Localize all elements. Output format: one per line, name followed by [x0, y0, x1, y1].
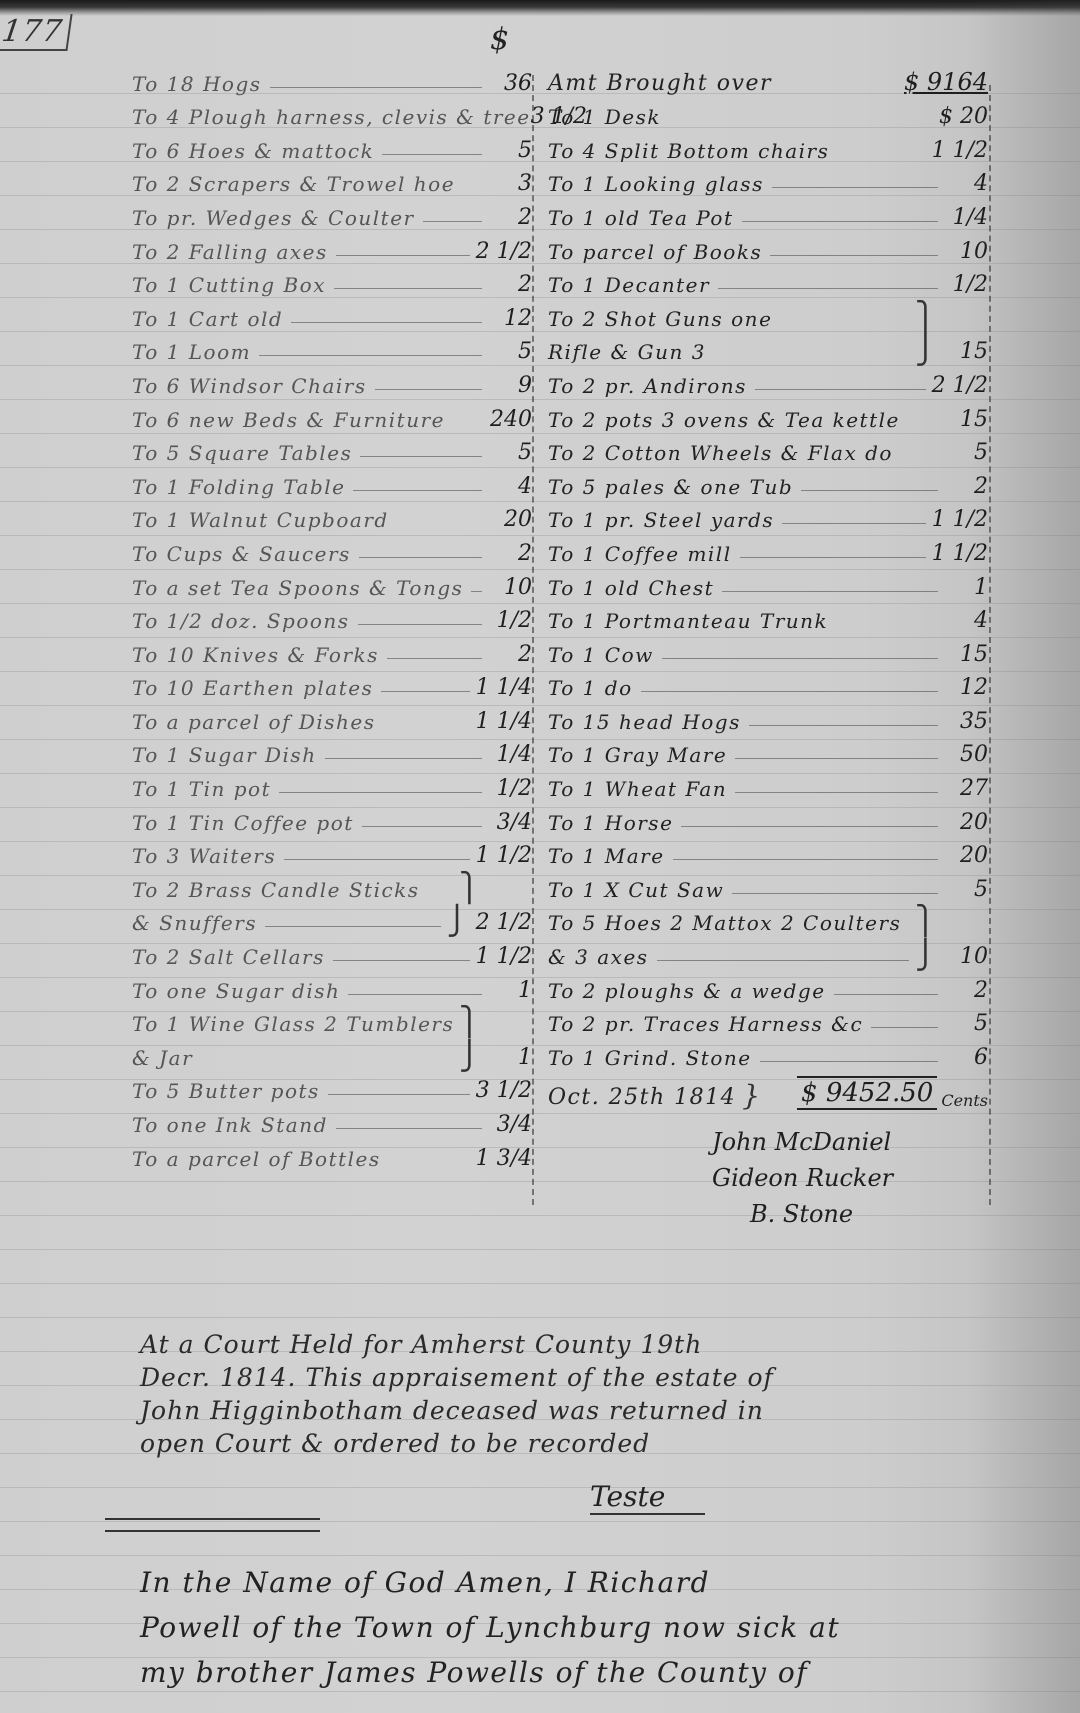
total-row: Oct. 25th 1814}$ 9452.50Cents — [548, 1070, 988, 1110]
item-label: To 2 pr. Traces Harness &c — [548, 1012, 863, 1036]
item-amount: 2 — [944, 474, 988, 499]
item-label: & 3 axes — [548, 945, 649, 969]
list-item: To 1 Loom5 — [132, 331, 532, 365]
item-label: To 1 Mare — [548, 844, 665, 868]
item-label: To 1 Gray Mare — [548, 743, 727, 767]
item-amount: 1/4 — [488, 742, 532, 767]
court-record-line: open Court & ordered to be recorded — [140, 1427, 1040, 1460]
item-amount: 1 1/2 — [932, 507, 988, 532]
brace-icon: } — [742, 1082, 760, 1110]
item-amount: 5 — [488, 138, 532, 163]
item-amount: 3/4 — [488, 810, 532, 835]
item-label: To 1 Wine Glass 2 Tumblers — [132, 1012, 454, 1036]
item-amount: 27 — [944, 776, 988, 801]
item-amount: 1 1/2 — [476, 843, 532, 868]
signature: B. Stone — [750, 1200, 893, 1236]
item-amount: 240 — [488, 407, 532, 432]
item-label: To 2 Cotton Wheels & Flax do — [548, 441, 893, 465]
item-amount: 2 — [488, 541, 532, 566]
list-item: To 2 Brass Candle Sticks⎫ — [132, 868, 532, 902]
amount-column-rule — [989, 85, 991, 1205]
list-item: To one Sugar dish1 — [132, 969, 532, 1003]
court-record-line: Decr. 1814. This appraisement of the est… — [140, 1361, 1040, 1394]
list-item: To 1 Looking glass4 — [548, 163, 988, 197]
item-amount: 9 — [488, 373, 532, 398]
list-item: To parcel of Books10 — [548, 230, 988, 264]
item-label: To 4 Plough harness, clevis & tree — [132, 105, 531, 129]
brace-icon: ⎭ — [915, 336, 936, 364]
list-item: To 10 Knives & Forks2 — [132, 633, 532, 667]
item-amount: 1 1/4 — [476, 709, 532, 734]
item-label: To one Ink Stand — [132, 1113, 328, 1137]
item-label: To 1 old Chest — [548, 576, 714, 600]
item-amount: 15 — [944, 642, 988, 667]
list-item: To 6 new Beds & Furniture240 — [132, 398, 532, 432]
list-item: To 1 Folding Table4 — [132, 465, 532, 499]
item-label: To 4 Split Bottom chairs — [548, 139, 829, 163]
page-binding-shadow — [0, 0, 1080, 16]
item-label: To 18 Hogs — [132, 72, 262, 96]
item-amount: 1 1/2 — [476, 944, 532, 969]
item-label: To 1 old Tea Pot — [548, 206, 734, 230]
grand-total: $ 9452.50 — [797, 1076, 937, 1110]
item-label: To 15 head Hogs — [548, 710, 741, 734]
item-amount: 1 — [944, 575, 988, 600]
item-amount: 4 — [944, 171, 988, 196]
item-amount: 1 — [488, 1045, 532, 1070]
item-amount: 5 — [488, 440, 532, 465]
item-amount: 5 — [488, 339, 532, 364]
list-item: To pr. Wedges & Coulter2 — [132, 196, 532, 230]
item-label: To 1 Cutting Box — [132, 273, 326, 297]
item-amount: 1/2 — [944, 272, 988, 297]
list-item: To 1 Gray Mare50 — [548, 734, 988, 768]
inventory-left-column: To 18 Hogs36 To 4 Plough harness, clevis… — [132, 62, 532, 1171]
court-record-line: At a Court Held for Amherst County 19th — [140, 1328, 1040, 1361]
list-item: To 2 Shot Guns one⎫ — [548, 297, 988, 331]
list-item: To 1 X Cut Saw5 — [548, 868, 988, 902]
list-item: To one Ink Stand3/4 — [132, 1103, 532, 1137]
item-amount: 1/2 — [488, 608, 532, 633]
item-label: To 1 Wheat Fan — [548, 777, 727, 801]
list-item: To 1 Cutting Box2 — [132, 264, 532, 298]
item-label: To 1 Tin pot — [132, 777, 271, 801]
list-item: To 3 Waiters1 1/2 — [132, 835, 532, 869]
list-item: To 1 Desk$ 20 — [548, 96, 988, 130]
list-item: To 5 pales & one Tub2 — [548, 465, 988, 499]
item-amount: 2 — [488, 642, 532, 667]
appraiser-signatures: John McDaniel Gideon Rucker B. Stone — [700, 1128, 893, 1236]
item-label: To 6 Hoes & mattock — [132, 139, 374, 163]
item-amount: 4 — [944, 608, 988, 633]
item-label: To 5 Hoes 2 Mattox 2 Coulters — [548, 911, 901, 935]
list-item: To 2 pots 3 ovens & Tea kettle15 — [548, 398, 988, 432]
item-amount: 35 — [944, 709, 988, 734]
list-item: To 2 Cotton Wheels & Flax do5 — [548, 432, 988, 466]
court-record-paragraph: At a Court Held for Amherst County 19th … — [140, 1328, 1040, 1460]
item-amount: 2 1/2 — [932, 373, 988, 398]
item-amount: $ 20 — [939, 104, 988, 129]
will-paragraph: In the Name of God Amen, I Richard Powel… — [140, 1560, 1020, 1695]
brace-icon: ⎭ — [915, 941, 936, 969]
item-label: To parcel of Books — [548, 240, 762, 264]
list-item: To a set Tea Spoons & Tongs10 — [132, 566, 532, 600]
list-item: To 1 Grind. Stone6 — [548, 1036, 988, 1070]
item-label: To 3 Waiters — [132, 844, 276, 868]
will-line: Powell of the Town of Lynchburg now sick… — [140, 1605, 1020, 1650]
item-amount: 1 1/2 — [932, 541, 988, 566]
item-amount: 20 — [944, 810, 988, 835]
item-label: To 1 X Cut Saw — [548, 878, 724, 902]
list-item: To 1 Tin Coffee pot3/4 — [132, 801, 532, 835]
list-item: To a parcel of Bottles1 3/4 — [132, 1137, 532, 1171]
item-label: To 2 Shot Guns one — [548, 307, 772, 331]
item-label: Rifle & Gun 3 — [548, 340, 706, 364]
item-label: To 1 Walnut Cupboard — [132, 508, 389, 532]
item-amount: 10 — [944, 239, 988, 264]
inventory-right-column: Amt Brought over$ 9164 To 1 Desk$ 20 To … — [548, 62, 988, 1110]
section-separator — [105, 1518, 320, 1532]
item-label: To 1 Folding Table — [132, 475, 345, 499]
item-amount: 2 1/2 — [476, 910, 532, 935]
list-item: To 1 do12 — [548, 667, 988, 701]
list-item: To 1 Wheat Fan27 — [548, 767, 988, 801]
item-label: & Snuffers — [132, 911, 257, 935]
signature: John McDaniel — [712, 1128, 893, 1164]
item-label: To 5 pales & one Tub — [548, 475, 793, 499]
item-label: To 10 Earthen plates — [132, 676, 373, 700]
list-item: To 1 Walnut Cupboard20 — [132, 499, 532, 533]
item-label: To 1 do — [548, 676, 633, 700]
item-amount: 2 — [488, 205, 532, 230]
item-label: To 6 new Beds & Furniture — [132, 408, 445, 432]
list-item: To Cups & Saucers2 — [132, 532, 532, 566]
brought-over-row: Amt Brought over$ 9164 — [548, 62, 988, 96]
item-label: To 1 pr. Steel yards — [548, 508, 774, 532]
item-label: To pr. Wedges & Coulter — [132, 206, 415, 230]
list-item: To 6 Windsor Chairs9 — [132, 364, 532, 398]
item-label: To 2 Brass Candle Sticks — [132, 878, 420, 902]
item-amount: 4 — [488, 474, 532, 499]
item-label: To 1 Decanter — [548, 273, 710, 297]
item-label: To 6 Windsor Chairs — [132, 374, 367, 398]
item-label: To 1/2 doz. Spoons — [132, 609, 350, 633]
item-amount: 1 1/4 — [476, 675, 532, 700]
list-item: To 4 Split Bottom chairs1 1/2 — [548, 129, 988, 163]
list-item: To 15 head Hogs35 — [548, 700, 988, 734]
item-label: To a set Tea Spoons & Tongs — [132, 576, 463, 600]
list-item: To a parcel of Dishes1 1/4 — [132, 700, 532, 734]
item-label: To 2 ploughs & a wedge — [548, 979, 826, 1003]
item-label: To 1 Cow — [548, 643, 654, 667]
will-line: my brother James Powells of the County o… — [140, 1650, 1020, 1695]
will-line: In the Name of God Amen, I Richard — [140, 1560, 1020, 1605]
item-label: To 1 Sugar Dish — [132, 743, 317, 767]
list-item: To 1 Decanter1/2 — [548, 264, 988, 298]
list-item: To 10 Earthen plates1 1/4 — [132, 667, 532, 701]
item-label: To 2 Falling axes — [132, 240, 328, 264]
item-amount: 15 — [944, 407, 988, 432]
folio-number: 177 — [0, 14, 73, 51]
ledger-page: 177 $ To 18 Hogs36 To 4 Plough harness, … — [0, 0, 1080, 1713]
item-label: To 5 Butter pots — [132, 1079, 320, 1103]
item-amount: 12 — [944, 675, 988, 700]
item-amount: 6 — [944, 1045, 988, 1070]
item-amount: 36 — [488, 71, 532, 96]
item-label: & Jar — [132, 1046, 193, 1070]
item-amount: 50 — [944, 742, 988, 767]
item-label: To 2 Scrapers & Trowel hoe — [132, 172, 455, 196]
item-amount: 3/4 — [488, 1112, 532, 1137]
list-item: To 2 Scrapers & Trowel hoe3 — [132, 163, 532, 197]
list-item: To 1 old Chest1 — [548, 566, 988, 600]
item-amount: 20 — [944, 843, 988, 868]
list-item: & Jar⎭1 — [132, 1036, 532, 1070]
signature: Gideon Rucker — [712, 1164, 893, 1200]
list-item: & 3 axes⎭10 — [548, 935, 988, 969]
brace-icon: ⎫ — [915, 303, 936, 331]
list-item: To 18 Hogs36 — [132, 62, 532, 96]
list-item: To 5 Square Tables5 — [132, 432, 532, 466]
brace-icon: ⎫ — [459, 874, 480, 902]
item-amount: 5 — [944, 440, 988, 465]
list-item: & Snuffers⎭2 1/2 — [132, 902, 532, 936]
list-item: To 1 Horse20 — [548, 801, 988, 835]
item-amount: 2 1/2 — [476, 239, 532, 264]
attestation: Teste — [590, 1480, 705, 1515]
list-item: To 2 pr. Andirons2 1/2 — [548, 364, 988, 398]
item-label: To 2 pots 3 ovens & Tea kettle — [548, 408, 900, 432]
item-amount: 2 — [944, 978, 988, 1003]
brace-icon: ⎫ — [459, 1008, 480, 1036]
item-amount: 1 3/4 — [476, 1146, 532, 1171]
item-label: To 1 Cart old — [132, 307, 283, 331]
column-divider — [532, 75, 534, 1205]
list-item: To 1 Sugar Dish1/4 — [132, 734, 532, 768]
list-item: Rifle & Gun 3⎭15 — [548, 331, 988, 365]
brace-icon: ⎭ — [459, 1042, 480, 1070]
item-label: To 2 pr. Andirons — [548, 374, 747, 398]
item-amount: 3 — [488, 171, 532, 196]
list-item: To 2 ploughs & a wedge2 — [548, 969, 988, 1003]
list-item: To 2 pr. Traces Harness &c5 — [548, 1003, 988, 1037]
item-label: To 10 Knives & Forks — [132, 643, 379, 667]
item-label: To 1 Portmanteau Trunk — [548, 609, 828, 633]
list-item: To 1 old Tea Pot1/4 — [548, 196, 988, 230]
list-item: To 4 Plough harness, clevis & tree3 1/2 — [132, 96, 532, 130]
total-unit: Cents — [941, 1091, 988, 1110]
list-item: To 1 pr. Steel yards1 1/2 — [548, 499, 988, 533]
item-label: To Cups & Saucers — [132, 542, 351, 566]
item-label: To 1 Loom — [132, 340, 251, 364]
item-amount: 1/2 — [488, 776, 532, 801]
list-item: To 6 Hoes & mattock5 — [132, 129, 532, 163]
brought-over-amount: $ 9164 — [904, 68, 988, 96]
item-label: To a parcel of Dishes — [132, 710, 376, 734]
item-amount: 1/4 — [944, 205, 988, 230]
list-item: To 2 Falling axes2 1/2 — [132, 230, 532, 264]
list-item: To 1 Tin pot1/2 — [132, 767, 532, 801]
item-label: To a parcel of Bottles — [132, 1147, 381, 1171]
brace-icon: ⎫ — [915, 907, 936, 935]
item-label: To 2 Salt Cellars — [132, 945, 325, 969]
item-amount: 20 — [488, 507, 532, 532]
item-amount: 10 — [488, 575, 532, 600]
item-amount: 5 — [944, 1011, 988, 1036]
list-item: To 1/2 doz. Spoons1/2 — [132, 600, 532, 634]
list-item: To 1 Cow15 — [548, 633, 988, 667]
list-item: To 5 Hoes 2 Mattox 2 Coulters⎫ — [548, 902, 988, 936]
item-label: To 1 Tin Coffee pot — [132, 811, 354, 835]
brought-over-label: Amt Brought over — [548, 71, 772, 96]
list-item: To 1 Cart old12 — [132, 297, 532, 331]
item-amount: 2 — [488, 272, 532, 297]
list-item: To 1 Mare20 — [548, 835, 988, 869]
list-item: To 1 Portmanteau Trunk4 — [548, 600, 988, 634]
item-amount: 1 — [488, 978, 532, 1003]
item-amount: 3 1/2 — [476, 1078, 532, 1103]
item-amount: 1 1/2 — [932, 138, 988, 163]
list-item: To 1 Coffee mill1 1/2 — [548, 532, 988, 566]
item-amount: 10 — [944, 944, 988, 969]
list-item: To 1 Wine Glass 2 Tumblers⎫ — [132, 1003, 532, 1037]
list-item: To 2 Salt Cellars1 1/2 — [132, 935, 532, 969]
item-label: To 1 Coffee mill — [548, 542, 732, 566]
item-label: To 1 Desk — [548, 105, 661, 129]
item-amount: 12 — [488, 306, 532, 331]
item-label: To 1 Horse — [548, 811, 673, 835]
item-label: To 1 Looking glass — [548, 172, 764, 196]
list-item: To 5 Butter pots3 1/2 — [132, 1070, 532, 1104]
item-label: To one Sugar dish — [132, 979, 340, 1003]
item-amount: 5 — [944, 877, 988, 902]
currency-mark: $ — [490, 22, 509, 57]
appraisal-date: Oct. 25th 1814 — [548, 1085, 736, 1110]
item-label: To 1 Grind. Stone — [548, 1046, 752, 1070]
item-amount: 15 — [944, 339, 988, 364]
brace-icon: ⎭ — [447, 907, 468, 935]
item-label: To 5 Square Tables — [132, 441, 352, 465]
court-record-line: John Higginbotham deceased was returned … — [140, 1394, 1040, 1427]
